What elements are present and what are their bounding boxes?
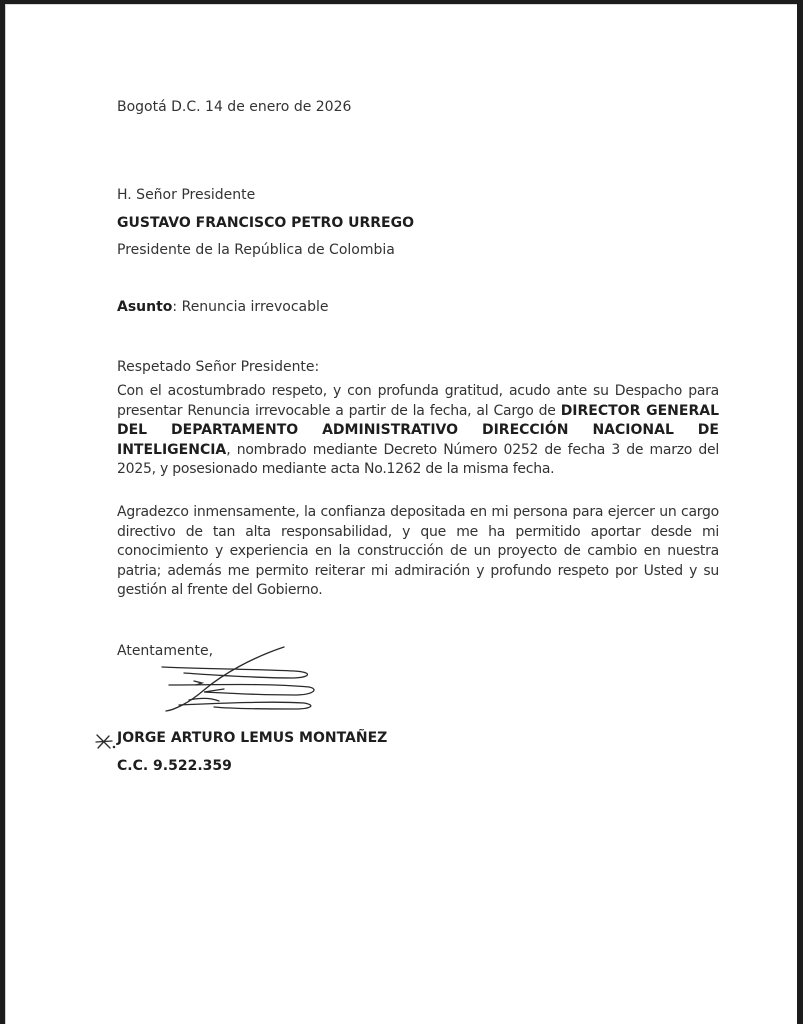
greeting: Respetado Señor Presidente: bbox=[117, 357, 319, 377]
date-line: Bogotá D.C. 14 de enero de 2026 bbox=[117, 97, 351, 117]
asterisk-mark-icon bbox=[94, 732, 116, 752]
subject-label: Asunto bbox=[117, 299, 172, 315]
recipient-position: Presidente de la República de Colombia bbox=[117, 240, 395, 260]
signature-icon bbox=[144, 645, 324, 715]
subject-line: Asunto: Renuncia irrevocable bbox=[117, 297, 329, 317]
signer-id: C.C. 9.522.359 bbox=[117, 756, 232, 776]
document-page: Bogotá D.C. 14 de enero de 2026 H. Señor… bbox=[5, 4, 797, 1024]
paragraph-resignation: Con el acostumbrado respeto, y con profu… bbox=[117, 382, 719, 480]
signer-name: JORGE ARTURO LEMUS MONTAÑEZ bbox=[117, 728, 387, 748]
paragraph-gratitude: Agradezco inmensamente, la confianza dep… bbox=[117, 503, 719, 601]
recipient-name: GUSTAVO FRANCISCO PETRO URREGO bbox=[117, 213, 414, 233]
recipient-salutation: H. Señor Presidente bbox=[117, 185, 255, 205]
subject-value: Renuncia irrevocable bbox=[177, 299, 328, 315]
